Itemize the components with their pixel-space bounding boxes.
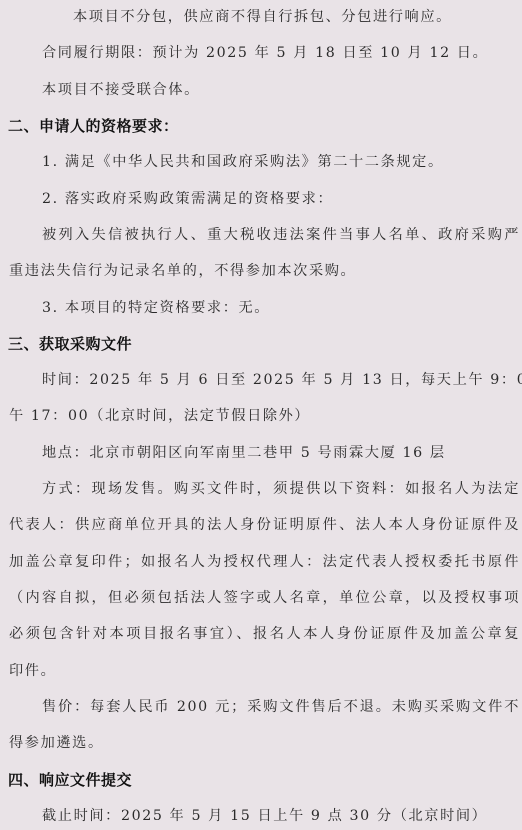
obtain-time-line-1: 时间：2025 年 5 月 6 日至 2025 年 5 月 13 日，每天上午 … (42, 370, 520, 390)
obtain-method-line-1: 方式：现场发售。购买文件时，须提供以下资料：如报名人为法定 (42, 479, 520, 499)
qualification-item-1: 1. 满足《中华人民共和国政府采购法》第二十二条规定。 (42, 152, 522, 172)
obtain-method-line-6: 印件。 (9, 661, 522, 681)
section-heading-qualifications: 二、申请人的资格要求： (8, 116, 179, 136)
obtain-time-line-2: 午 17：00（北京时间，法定节假日除外） (9, 406, 522, 426)
paragraph-contract-period: 合同履行期限：预计为 2025 年 5 月 18 日至 10 月 12 日。 (42, 43, 522, 63)
price-line-2: 得参加遴选。 (9, 733, 522, 753)
paragraph-no-consortium: 本项目不接受联合体。 (42, 80, 522, 100)
qualification-paragraph-line-2: 重违法失信行为记录名单的，不得参加本次采购。 (9, 261, 522, 281)
obtain-method-line-4: （内容自拟，但必须包括法人签字或人名章，单位公章，以及授权事项 (9, 588, 520, 608)
qualification-item-3: 3. 本项目的特定资格要求：无。 (42, 298, 522, 318)
obtain-method-line-2: 代表人：供应商单位开具的法人身份证明原件、法人本人身份证原件及 (9, 515, 520, 535)
qualification-item-2: 2. 落实政府采购政策需满足的资格要求： (42, 189, 522, 209)
paragraph-no-subcontract: 本项目不分包，供应商不得自行拆包、分包进行响应。 (73, 7, 522, 27)
section-heading-obtain-documents: 三、获取采购文件 (8, 334, 132, 354)
submission-deadline: 截止时间：2025 年 5 月 15 日上午 9 点 30 分（北京时间） (42, 806, 522, 826)
obtain-method-line-5: 必须包含针对本项目报名事宜）、报名人本人身份证原件及加盖公章复 (9, 624, 520, 644)
obtain-method-line-3: 加盖公章复印件；如报名人为授权代理人：法定代表人授权委托书原件 (9, 552, 520, 572)
price-line-1: 售价：每套人民币 200 元；采购文件售后不退。未购买采购文件不 (42, 697, 520, 717)
section-heading-submission: 四、响应文件提交 (8, 770, 132, 790)
qualification-paragraph-line-1: 被列入失信被执行人、重大税收违法案件当事人名单、政府采购严 (42, 225, 520, 245)
obtain-location: 地点：北京市朝阳区向军南里二巷甲 5 号雨霖大厦 16 层 (42, 443, 522, 463)
document-page: 本项目不分包，供应商不得自行拆包、分包进行响应。 合同履行期限：预计为 2025… (0, 0, 522, 830)
